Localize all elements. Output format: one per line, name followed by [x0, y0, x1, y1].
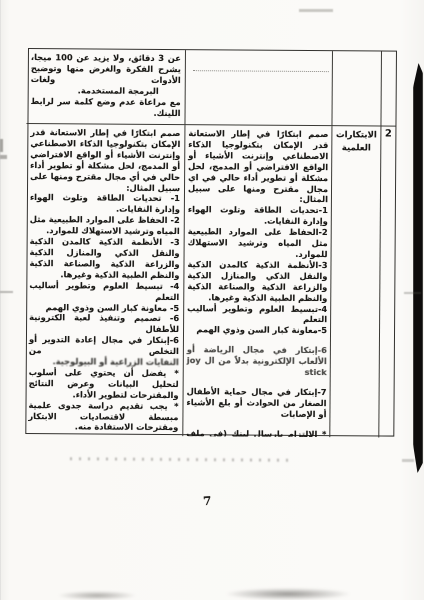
paragraph: 1- تحديات الطاقة وتلوث الهواء وإدارة الن… [30, 192, 180, 215]
paragraph: مع مراعاة عدم وضع كلمة سر لرابط اللينك. [31, 96, 181, 119]
paragraph: 4-تبسيط العلوم وتطوير أساليب التعلم [187, 303, 327, 326]
paragraph: 5-معاونة كبار السن وذوي الهمم [187, 324, 327, 336]
paragraph: صمم ابتكارًا في إطار الاستعانة قدر الإمك… [30, 127, 180, 193]
scan-artifact-smudge [226, 588, 350, 600]
paragraph: 6-إبتكار في مجال إعادة التدوير أو التخلص… [29, 334, 179, 357]
scan-artifact-smudge [58, 591, 136, 600]
paragraph: * الالتزام بإرسال لينك (في ملف Word) يحت… [186, 428, 326, 437]
scan-artifact-mark [299, 9, 333, 12]
paragraph: 6- تصميم وتنفيذ لعبة الكترونية للأطفال [29, 312, 179, 335]
cell-row1-middle [184, 50, 332, 126]
scan-artifact-mark [0, 291, 13, 293]
paragraph: النفايات الزراعية أو البيولوجية. [29, 356, 179, 368]
dotted-separator [193, 70, 329, 72]
scan-artifact-mark [0, 139, 3, 152]
paragraph: صمم ابتكارًا في إطار الاستعانة قدر الإمك… [188, 128, 329, 205]
paragraph: عن 3 دقائق، ولا يزيد عن 100 ميجا، يشرح ا… [31, 52, 181, 86]
paragraph: 4- تبسيط العلوم وتطوير أساليب التعلم [29, 280, 179, 303]
category-cell: الابتكارات العلمية [329, 126, 380, 437]
paragraph: * يفضل أن يحتوي على أسلوب لتحليل البيانا… [29, 367, 179, 401]
innovations-table: عن 3 دقائق، ولا يزيد عن 100 ميجا، يشرح ا… [25, 48, 397, 437]
page-number: 7 [203, 494, 212, 508]
paragraph: 6-إبتكار في مجال الرياضة أو الألعاب الإل… [187, 344, 327, 378]
cell-row2-left-text: صمم ابتكارًا في إطار الاستعانة قدر الإمك… [24, 124, 184, 436]
scan-artifact-noise-line [70, 457, 290, 462]
paragraph: * يجب تقديم دراسة جدوى علمية مبسطة لاقتص… [28, 400, 178, 434]
row-number: 2 [378, 126, 395, 437]
paragraph: 2- الحفاظ على الموارد الطبيعية مثل الميا… [30, 214, 180, 237]
paragraph: 7-إبتكار في مجال حماية الأطفال الصغار من… [186, 386, 326, 420]
paragraph: 2-الحفاظ على الموارد الطبيعية مثل المياه… [188, 226, 328, 260]
scanned-page: عن 3 دقائق، ولا يزيد عن 100 ميجا، يشرح ا… [0, 0, 424, 600]
paragraph: 1-تحديات الطاقة وتلوث الهواء وإدارة النف… [188, 204, 328, 227]
scan-artifact-mark [402, 459, 414, 462]
paragraph: 3- الأنظمة الذكية كالمدن الذكية والنقل ا… [29, 236, 179, 281]
scan-artifact-mark [0, 155, 7, 159]
scan-artifact-mark [404, 292, 421, 294]
cell-row1-category [331, 51, 381, 126]
scan-artifact-page-edge [0, 0, 1, 600]
scan-artifact-black-band [413, 63, 423, 473]
cell-row1-number [380, 51, 396, 126]
cell-row2-middle-text: صمم ابتكارًا في إطار الاستعانة قدر الإمك… [182, 125, 331, 437]
cell-row1-left-text: عن 3 دقائق، ولا يزيد عن 100 ميجا، يشرح ا… [26, 49, 185, 125]
paragraph: 3-الأنظمة الذكية كالمدن الذكية والنقل ال… [187, 259, 327, 304]
